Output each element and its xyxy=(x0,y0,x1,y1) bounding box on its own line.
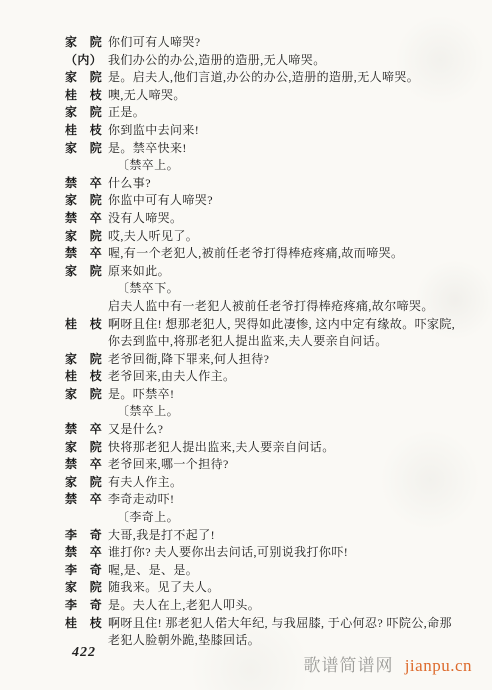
speaker-name: 家 院 xyxy=(65,140,108,158)
speaker-name: 家 院 xyxy=(65,69,108,87)
script-line: 李 奇大哥,我是打不起了! xyxy=(0,527,492,545)
speaker-name: 家 院 xyxy=(65,439,108,457)
speaker-name: 禁 卒 xyxy=(65,421,108,439)
dialogue-text: 快将那老犯人提出监来,夫人要亲自问话。 xyxy=(108,439,462,457)
speaker-name: 禁 卒 xyxy=(65,175,108,193)
speaker-name: （内） xyxy=(65,52,108,70)
script-line: 家 院是。启夫人,他们言道,办公的办公,造册的造册,无人啼哭。 xyxy=(0,69,492,87)
speaker-name: 桂 枝 xyxy=(65,615,108,633)
script-line: 家 院随我来。见了夫人。 xyxy=(0,579,492,597)
book-page: 家 院你们可有人啼哭?（内）我们办公的办公,造册的造册,无人啼哭。家 院是。启夫… xyxy=(0,0,492,690)
dialogue-text: 没有人啼哭。 xyxy=(108,210,462,228)
speaker-name: 李 奇 xyxy=(65,562,108,580)
dialogue-text: 是。夫人在上,老犯人叩头。 xyxy=(108,597,462,615)
speaker-name: 家 院 xyxy=(65,263,108,281)
script-line: 禁 卒什么事? xyxy=(0,175,492,193)
script-line: 家 院是。吓禁卒! xyxy=(0,386,492,404)
dialogue-text: 李奇走动吓! xyxy=(108,491,462,509)
dialogue-text: 有夫人作主。 xyxy=(108,474,462,492)
script-line: 桂 枝你到监中去问来! xyxy=(0,122,492,140)
speaker-name: 家 院 xyxy=(65,474,108,492)
stage-direction-text: 〔李奇上。 xyxy=(108,509,462,527)
speaker-name: 桂 枝 xyxy=(65,122,108,140)
script-text-block: 家 院你们可有人啼哭?（内）我们办公的办公,造册的造册,无人啼哭。家 院是。启夫… xyxy=(0,34,492,650)
speaker-name: 禁 卒 xyxy=(65,491,108,509)
script-line: 家 院正是。 xyxy=(0,104,492,122)
script-line: 禁 卒李奇走动吓! xyxy=(0,491,492,509)
dialogue-text: 喔,是、是、是。 xyxy=(108,562,462,580)
script-line: 家 院老爷回衙,降下罪来,何人担待? xyxy=(0,351,492,369)
dialogue-text: 是。启夫人,他们言道,办公的办公,造册的造册,无人啼哭。 xyxy=(108,69,462,87)
script-line: 启夫人监中有一老犯人被前任老爷打得棒疮疼痛,故尔啼哭。 xyxy=(0,298,492,316)
stage-direction-text: 〔禁卒上。 xyxy=(108,403,462,421)
speaker-name: 桂 枝 xyxy=(65,316,108,334)
dialogue-text: 原来如此。 xyxy=(108,263,462,281)
speaker-name: 家 院 xyxy=(65,104,108,122)
speaker-name: 禁 卒 xyxy=(65,245,108,263)
script-line: 李 奇是。夫人在上,老犯人叩头。 xyxy=(0,597,492,615)
stage-direction: 〔李奇上。 xyxy=(0,509,492,527)
watermark-site-url: jianpu.cn xyxy=(405,656,472,675)
dialogue-text: 是。吓禁卒! xyxy=(108,386,462,404)
speaker-name: 桂 枝 xyxy=(65,368,108,386)
dialogue-text: 你到监中去问来! xyxy=(108,122,462,140)
speaker-name: 家 院 xyxy=(65,351,108,369)
script-line: 家 院有夫人作主。 xyxy=(0,474,492,492)
speaker-name: 禁 卒 xyxy=(65,210,108,228)
speaker-name: 家 院 xyxy=(65,228,108,246)
dialogue-text: 啊呀且住! 想那老犯人, 哭得如此凄惨, 这内中定有缘故。吓家院,你去到监中,将… xyxy=(108,316,462,351)
script-line: 家 院你监中可有人啼哭? xyxy=(0,192,492,210)
speaker-name: 桂 枝 xyxy=(65,87,108,105)
script-line: 桂 枝噢,无人啼哭。 xyxy=(0,87,492,105)
dialogue-text: 哎,夫人听见了。 xyxy=(108,228,462,246)
dialogue-text: 噢,无人啼哭。 xyxy=(108,87,462,105)
script-line: 桂 枝老爷回来,由夫人作主。 xyxy=(0,368,492,386)
speaker-name: 家 院 xyxy=(65,579,108,597)
stage-direction: 〔禁卒下。 xyxy=(0,280,492,298)
speaker-name: 家 院 xyxy=(65,386,108,404)
stage-direction: 〔禁卒上。 xyxy=(0,157,492,175)
dialogue-text: 你们可有人啼哭? xyxy=(108,34,462,52)
script-line: 家 院快将那老犯人提出监来,夫人要亲自问话。 xyxy=(0,439,492,457)
stage-direction-text: 〔禁卒下。 xyxy=(108,280,462,298)
script-line: 家 院是。禁卒快来! xyxy=(0,140,492,158)
script-line: 桂 枝啊呀且住! 想那老犯人, 哭得如此凄惨, 这内中定有缘故。吓家院,你去到监… xyxy=(0,316,492,351)
dialogue-text: 啊呀且住! 那老犯人偌大年纪, 与我屈膝, 于心何忍? 吓院公,命那老犯人脸朝外… xyxy=(108,615,462,650)
dialogue-text: 我们办公的办公,造册的造册,无人啼哭。 xyxy=(108,52,462,70)
speaker-name: 李 奇 xyxy=(65,597,108,615)
speaker-name: 禁 卒 xyxy=(65,456,108,474)
watermark: 歌谱简谱网 jianpu.cn xyxy=(303,651,472,676)
dialogue-text: 什么事? xyxy=(108,175,462,193)
script-line: 家 院哎,夫人听见了。 xyxy=(0,228,492,246)
stage-direction-text: 〔禁卒上。 xyxy=(108,157,462,175)
script-line: （内）我们办公的办公,造册的造册,无人啼哭。 xyxy=(0,52,492,70)
script-line: 禁 卒喔,有一个老犯人,被前任老爷打得棒疮疼痛,故而啼哭。 xyxy=(0,245,492,263)
dialogue-text: 又是什么? xyxy=(108,421,462,439)
dialogue-text: 你监中可有人啼哭? xyxy=(108,192,462,210)
script-line: 禁 卒没有人啼哭。 xyxy=(0,210,492,228)
dialogue-text: 启夫人监中有一老犯人被前任老爷打得棒疮疼痛,故尔啼哭。 xyxy=(108,298,462,316)
script-line: 李 奇喔,是、是、是。 xyxy=(0,562,492,580)
script-line: 禁 卒老爷回来,哪一个担待? xyxy=(0,456,492,474)
speaker-name: 家 院 xyxy=(65,192,108,210)
stage-direction: 〔禁卒上。 xyxy=(0,403,492,421)
speaker-name: 李 奇 xyxy=(65,527,108,545)
speaker-name: 禁 卒 xyxy=(65,544,108,562)
script-line: 禁 卒又是什么? xyxy=(0,421,492,439)
dialogue-text: 是。禁卒快来! xyxy=(108,140,462,158)
dialogue-text: 正是。 xyxy=(108,104,462,122)
dialogue-text: 谁打你? 夫人要你出去问话,可别说我打你吓! xyxy=(108,544,462,562)
watermark-site-name: 歌谱简谱网 xyxy=(303,656,393,675)
speaker-name: 家 院 xyxy=(65,34,108,52)
script-line: 家 院原来如此。 xyxy=(0,263,492,281)
script-line: 禁 卒谁打你? 夫人要你出去问话,可别说我打你吓! xyxy=(0,544,492,562)
page-number: 422 xyxy=(72,645,96,661)
dialogue-text: 喔,有一个老犯人,被前任老爷打得棒疮疼痛,故而啼哭。 xyxy=(108,245,462,263)
dialogue-text: 随我来。见了夫人。 xyxy=(108,579,462,597)
dialogue-text: 老爷回衙,降下罪来,何人担待? xyxy=(108,351,462,369)
dialogue-text: 大哥,我是打不起了! xyxy=(108,527,462,545)
script-line: 家 院你们可有人啼哭? xyxy=(0,34,492,52)
dialogue-text: 老爷回来,哪一个担待? xyxy=(108,456,462,474)
dialogue-text: 老爷回来,由夫人作主。 xyxy=(108,368,462,386)
